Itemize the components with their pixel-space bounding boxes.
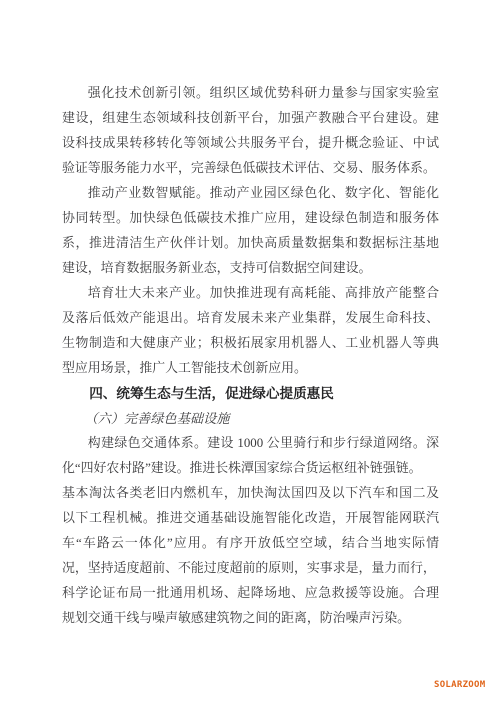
text-line: 基本淘汰各类老旧内燃机车，加快淘汰国四及以下汽车和国二及 — [62, 481, 439, 506]
document-text-block: 强化技术创新引领。组织区域优势科研力量参与国家实验室 建设，组建生态领域科技创新… — [62, 81, 439, 631]
text-line: 以下工程机械。推进交通基础设施智能化改造，开展智能网联汽 — [62, 506, 439, 531]
text-line: 系，推进清洁生产伙伴计划。加快高质量数据集和数据标注基地 — [62, 231, 439, 256]
subsection-heading: （六）完善绿色基础设施 — [62, 406, 439, 431]
text-line: 及落后低效产能退出。培育发展未来产业集群，发展生命科技、 — [62, 306, 439, 331]
text-line: 协同转型。加快绿色低碳技术推广应用，建设绿色制造和服务体 — [62, 206, 439, 231]
text-line: 生物制造和大健康产业；积极拓展家用机器人、工业机器人等典 — [62, 331, 439, 356]
text-line: 建设，组建生态领域科技创新平台，加强产教融合平台建设。建 — [62, 106, 439, 131]
text-line: 科学论证布局一批通用机场、起降场地、应急救援等设施。合理 — [62, 581, 439, 606]
text-line: 规划交通干线与噪声敏感建筑物之间的距离，防治噪声污染。 — [62, 606, 439, 631]
text-line: 建设，培育数据服务新业态，支持可信数据空间建设。 — [62, 256, 439, 281]
text-line: 验证等服务能力水平，完善绿色低碳技术评估、交易、服务体系。 — [62, 156, 439, 181]
text-line: 推动产业数智赋能。推动产业园区绿色化、数字化、智能化 — [62, 181, 439, 206]
document-page: 强化技术创新引领。组织区域优势科研力量参与国家实验室 建设，组建生态领域科技创新… — [0, 0, 500, 707]
text-line: 型应用场景，推广人工智能技术创新应用。 — [62, 356, 439, 381]
solarzoom-watermark: SOLARZOOM — [434, 679, 485, 691]
text-line: 强化技术创新引领。组织区域优势科研力量参与国家实验室 — [62, 81, 439, 106]
section-heading: 四、统筹生态与生活，促进绿心提质惠民 — [62, 381, 439, 406]
text-line: 况，坚持适度超前、不能过度超前的原则，实事求是，量力而行， — [62, 556, 439, 581]
text-line: 化“四好农村路”建设。推进长株潭国家综合货运枢纽补链强链。 — [62, 456, 439, 481]
text-line: 车“车路云一体化”应用。有序开放低空空域，结合当地实际情 — [62, 531, 439, 556]
text-line: 构建绿色交通体系。建设 1000 公里骑行和步行绿道网络。深 — [62, 431, 439, 456]
text-line: 培育壮大未来产业。加快推进现有高耗能、高排放产能整合 — [62, 281, 439, 306]
text-line: 设科技成果转移转化等领域公共服务平台，提升概念验证、中试 — [62, 131, 439, 156]
